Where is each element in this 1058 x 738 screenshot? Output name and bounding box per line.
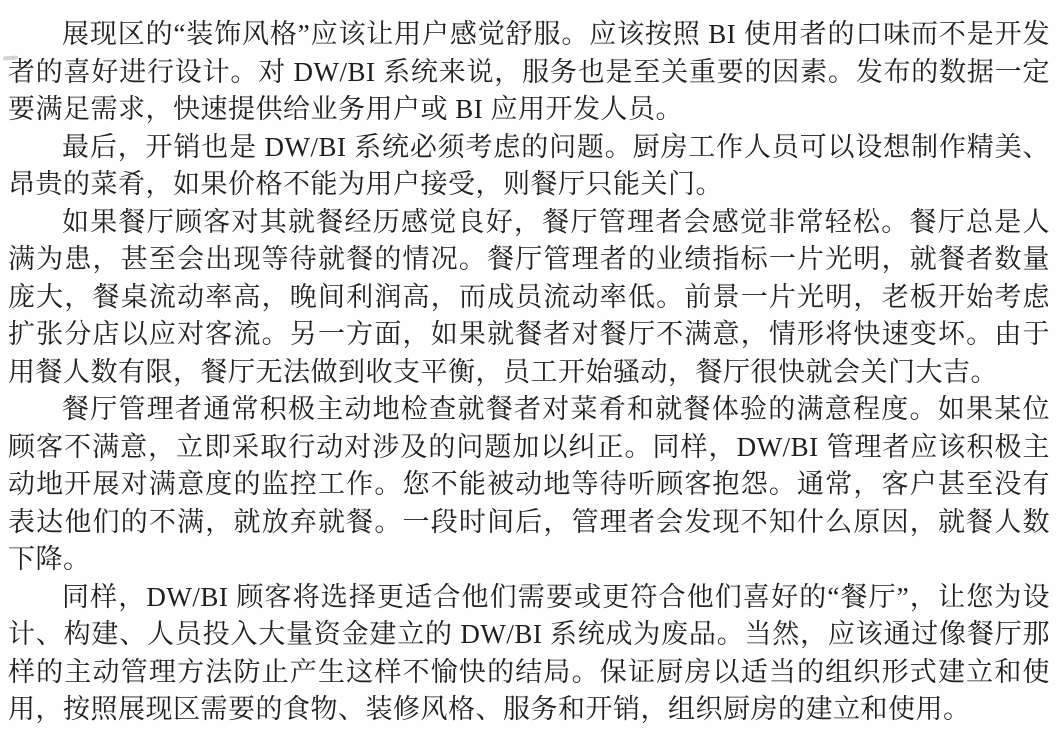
paragraph-satisfaction-monitoring: 餐厅管理者通常积极主动地检查就餐者对菜肴和就餐体验的满意程度。如果某位顾客不满意… — [8, 391, 1050, 579]
paragraph-dwbi-customers: 同样，DW/BI 顾客将选择更适合他们需要或更符合他们喜好的“餐厅”，让您为设计… — [8, 579, 1050, 729]
paragraph-presentation-style: 展现区的“装饰风格”应该让用户感觉舒服。应该按照 BI 使用者的口味而不是开发者… — [8, 16, 1050, 129]
page-body-text: 展现区的“装饰风格”应该让用户感觉舒服。应该按照 BI 使用者的口味而不是开发者… — [8, 16, 1050, 729]
paragraph-restaurant-experience: 如果餐厅顾客对其就餐经历感觉良好，餐厅管理者会感觉非常轻松。餐厅总是人满为患，甚… — [8, 204, 1050, 392]
paragraph-cost-consideration: 最后，开销也是 DW/BI 系统必须考虑的问题。厨房工作人员可以设想制作精美、昂… — [8, 129, 1050, 204]
book-page: 展现区的“装饰风格”应该让用户感觉舒服。应该按照 BI 使用者的口味而不是开发者… — [0, 0, 1058, 738]
